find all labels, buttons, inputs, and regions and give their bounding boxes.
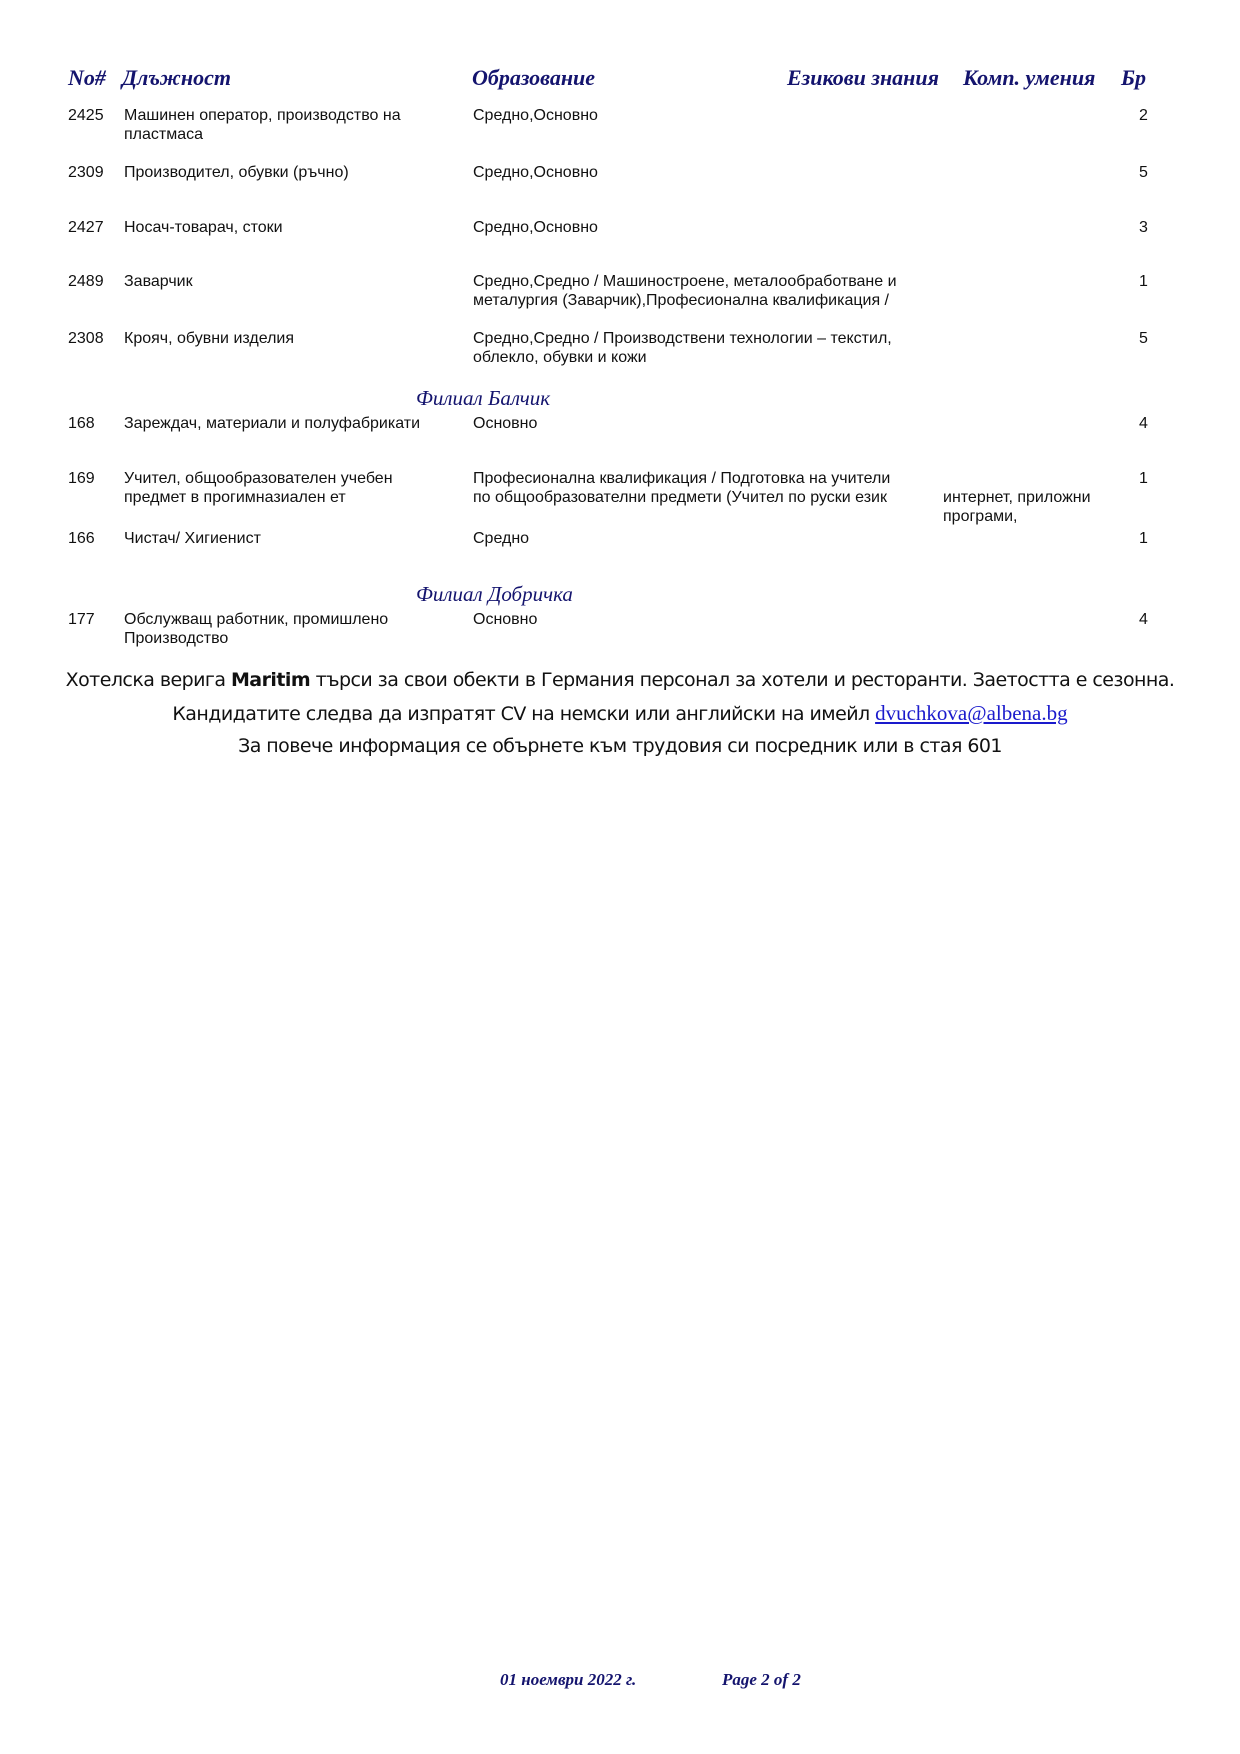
job-number: 2425 — [68, 106, 104, 125]
job-number: 177 — [68, 610, 95, 629]
header-no: No# — [68, 64, 106, 92]
job-education: Средно,Основно — [473, 106, 933, 125]
job-number: 166 — [68, 529, 95, 548]
branch-title-dobrichka: Филиал Добричка — [416, 581, 573, 607]
job-count: 4 — [1139, 610, 1148, 629]
notice-text: търси за свои обекти в Германия персонал… — [310, 669, 1174, 691]
job-position: Обслужващ работник, промишлено Производс… — [124, 610, 404, 648]
notice-text: Кандидатите следва да изпратят CV на нем… — [172, 703, 875, 725]
job-count: 5 — [1139, 329, 1148, 348]
header-languages: Езикови знания — [787, 64, 939, 92]
job-position: Учител, общообразователен учебен предмет… — [124, 469, 454, 507]
email-link[interactable]: dvuchkova@albena.bg — [875, 701, 1068, 725]
job-count: 1 — [1139, 272, 1148, 291]
job-count: 4 — [1139, 414, 1148, 433]
notice-text: Хотелска верига — [66, 669, 231, 691]
job-number: 2309 — [68, 163, 104, 182]
job-position: Крояч, обувни изделия — [124, 329, 454, 348]
job-computer-skills: интернет, приложни програми, — [943, 488, 1123, 526]
header-education: Образование — [472, 64, 595, 92]
header-computer-skills: Комп. умения — [963, 64, 1095, 92]
job-education: Средно,Основно — [473, 163, 933, 182]
job-number: 2427 — [68, 218, 104, 237]
job-position: Заварчик — [124, 272, 454, 291]
job-education: Средно — [473, 529, 933, 548]
job-position: Производител, обувки (ръчно) — [124, 163, 454, 182]
header-position: Длъжност — [122, 64, 231, 92]
job-count: 3 — [1139, 218, 1148, 237]
job-position: Машинен оператор, производство на пластм… — [124, 106, 454, 144]
job-number: 2308 — [68, 329, 104, 348]
job-position: Чистач/ Хигиенист — [124, 529, 454, 548]
job-education: Средно,Основно — [473, 218, 933, 237]
job-position: Носач-товарач, стоки — [124, 218, 454, 237]
company-name: Maritim — [231, 669, 310, 691]
notice-line-1: Хотелска верига Maritim търси за свои об… — [0, 668, 1240, 692]
notice-line-3: За повече информация се обърнете към тру… — [0, 734, 1240, 758]
job-count: 2 — [1139, 106, 1148, 125]
job-number: 2489 — [68, 272, 104, 291]
job-position: Зареждач, материали и полуфабрикати — [124, 414, 454, 433]
job-number: 169 — [68, 469, 95, 488]
notice-line-2: Кандидатите следва да изпратят CV на нем… — [0, 701, 1240, 726]
footer-page-number: Page 2 of 2 — [722, 1670, 801, 1690]
job-education: Професионална квалификация / Подготовка … — [473, 469, 903, 507]
job-number: 168 — [68, 414, 95, 433]
job-education: Средно,Средно / Производствени технологи… — [473, 329, 933, 367]
footer-date: 01 ноември 2022 г. — [500, 1670, 636, 1690]
job-count: 1 — [1139, 469, 1148, 488]
header-count: Бр — [1121, 64, 1146, 92]
job-education: Средно,Средно / Машиностроене, металообр… — [473, 272, 933, 310]
job-education: Основно — [473, 610, 933, 629]
job-count: 1 — [1139, 529, 1148, 548]
job-count: 5 — [1139, 163, 1148, 182]
branch-title-balchik: Филиал Балчик — [416, 385, 550, 411]
job-education: Основно — [473, 414, 933, 433]
